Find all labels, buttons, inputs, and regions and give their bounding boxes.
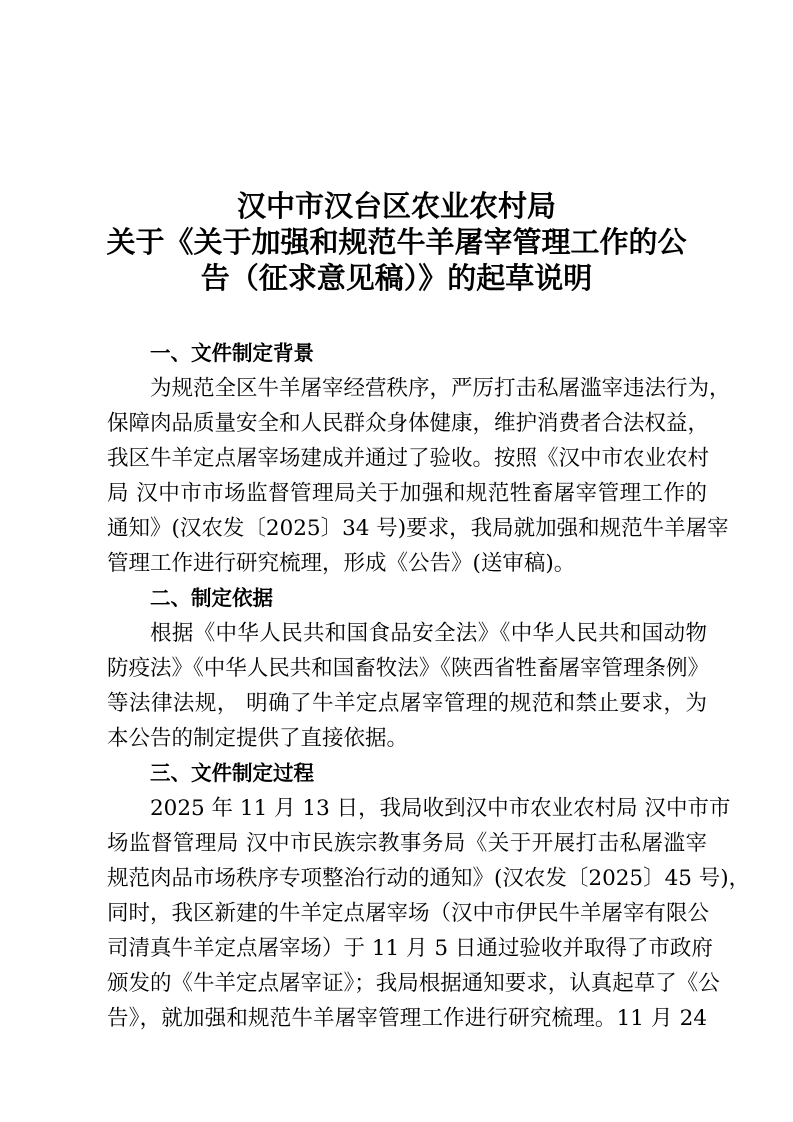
paragraph-line: 告》，就加强和规范牛羊屠宰管理工作进行研究梳理。11 月 24 (107, 1001, 707, 1036)
paragraph-line: 2025 年 11 月 13 日，我局收到汉中市农业农村局 汉中市市 (107, 791, 707, 826)
paragraph-line: 防疫法》《中华人民共和国畜牧法》《陕西省牲畜屠宰管理条例》 (107, 651, 707, 686)
section-basis: 二、制定依据 根据《中华人民共和国食品安全法》《中华人民共和国动物 防疫法》《中… (107, 581, 707, 756)
paragraph-line: 规范肉品市场秩序专项整治行动的通知》(汉农发〔2025〕45 号)， (107, 861, 707, 896)
paragraph-line: 司清真牛羊定点屠宰场）于 11 月 5 日通过验收并取得了市政府 (107, 931, 707, 966)
document-title: 汉中市汉台区农业农村局 关于《关于加强和规范牛羊屠宰管理工作的公 告（征求意见稿… (60, 188, 733, 296)
paragraph-line: 本公告的制定提供了直接依据。 (107, 721, 707, 756)
paragraph-line: 保障肉品质量安全和人民群众身体健康，维护消费者合法权益， (107, 406, 707, 441)
section-heading: 一、文件制定背景 (107, 336, 707, 371)
document-page: 汉中市汉台区农业农村局 关于《关于加强和规范牛羊屠宰管理工作的公 告（征求意见稿… (0, 0, 793, 1122)
section-heading: 二、制定依据 (107, 581, 707, 616)
paragraph-line: 我区牛羊定点屠宰场建成并通过了验收。按照《汉中市农业农村 (107, 441, 707, 476)
paragraph-line: 颁发的《牛羊定点屠宰证》；我局根据通知要求，认真起草了《公 (107, 966, 707, 1001)
paragraph-line: 局 汉中市市场监督管理局关于加强和规范牲畜屠宰管理工作的 (107, 476, 707, 511)
document-body: 一、文件制定背景 为规范全区牛羊屠宰经营秩序，严厉打击私屠滥宰违法行为， 保障肉… (107, 336, 707, 1036)
title-line-3: 告（征求意见稿）》的起草说明 (60, 260, 733, 296)
section-process: 三、文件制定过程 2025 年 11 月 13 日，我局收到汉中市农业农村局 汉… (107, 756, 707, 1036)
section-heading: 三、文件制定过程 (107, 756, 707, 791)
paragraph-line: 根据《中华人民共和国食品安全法》《中华人民共和国动物 (107, 616, 707, 651)
section-background: 一、文件制定背景 为规范全区牛羊屠宰经营秩序，严厉打击私屠滥宰违法行为， 保障肉… (107, 336, 707, 581)
title-line-1: 汉中市汉台区农业农村局 (60, 188, 733, 224)
title-line-2: 关于《关于加强和规范牛羊屠宰管理工作的公 (60, 224, 733, 260)
paragraph-line: 为规范全区牛羊屠宰经营秩序，严厉打击私屠滥宰违法行为， (107, 371, 707, 406)
paragraph-line: 通知》(汉农发〔2025〕34 号)要求，我局就加强和规范牛羊屠宰 (107, 511, 707, 546)
paragraph-line: 管理工作进行研究梳理，形成《公告》(送审稿)。 (107, 546, 707, 581)
paragraph-line: 场监督管理局 汉中市民族宗教事务局《关于开展打击私屠滥宰 (107, 826, 707, 861)
paragraph-line: 同时，我区新建的牛羊定点屠宰场（汉中市伊民牛羊屠宰有限公 (107, 896, 707, 931)
paragraph-line: 等法律法规， 明确了牛羊定点屠宰管理的规范和禁止要求，为 (107, 686, 707, 721)
